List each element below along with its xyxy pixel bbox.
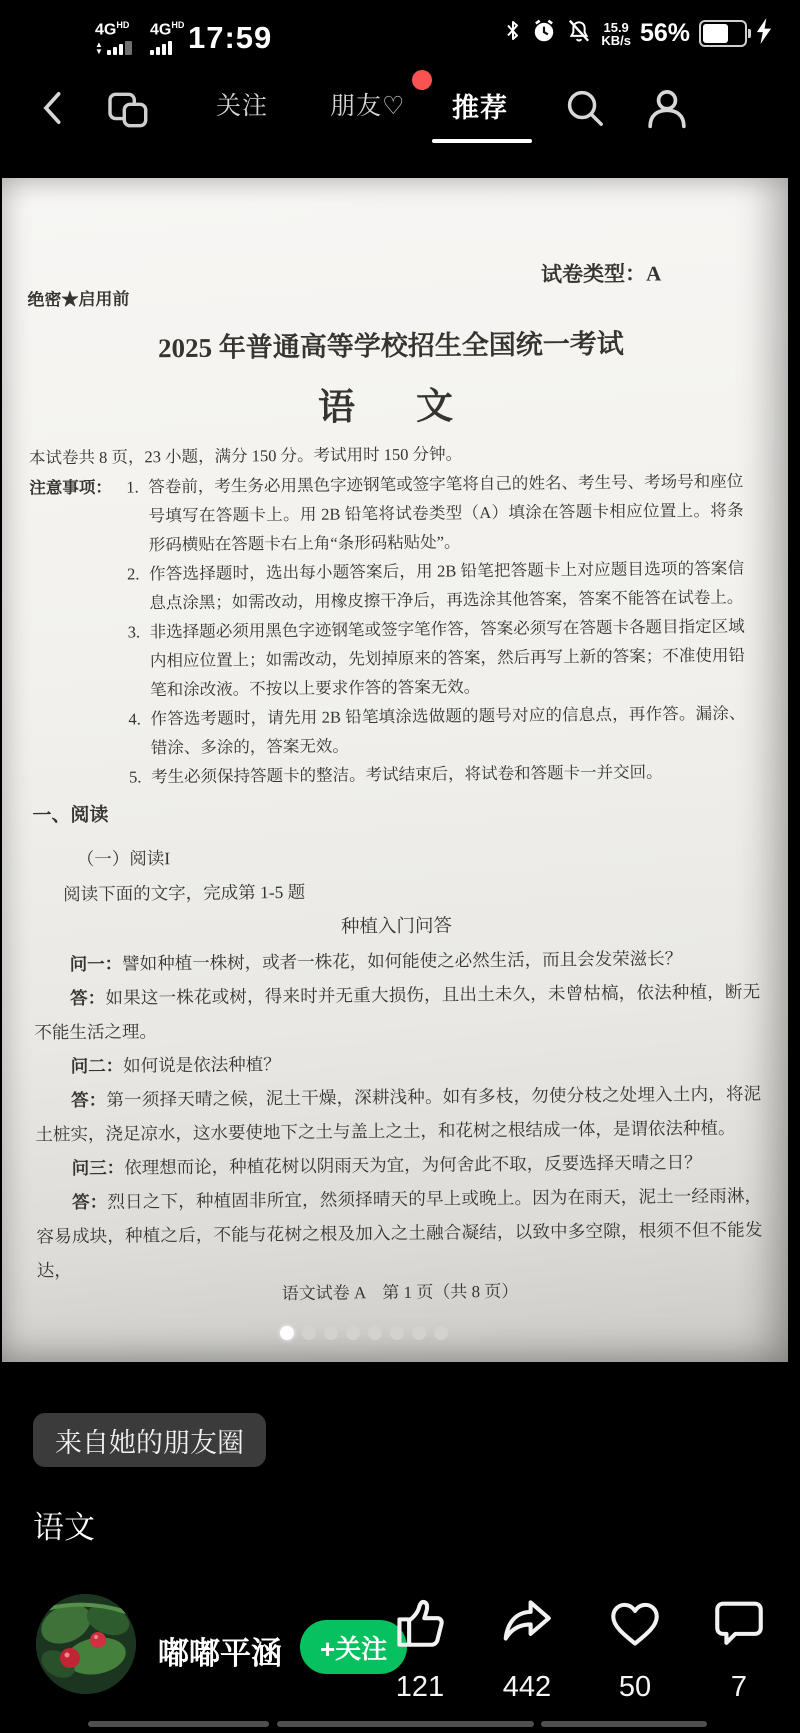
signal-sim1: 4GHD ▲▼ [95, 18, 132, 55]
carousel-page-indicator [280, 1326, 448, 1340]
paper-intro: 本试卷共 8 页，23 小题，满分 150 分。考试用时 150 分钟。 注意事… [29, 437, 746, 793]
share-button[interactable]: 442 [482, 1594, 572, 1704]
multi-window-button[interactable] [105, 90, 155, 135]
signal-bars-icon [150, 40, 172, 55]
notes-label: 注意事项： [29, 473, 127, 561]
comment-button[interactable]: 7 [694, 1594, 784, 1704]
tab-friends[interactable]: 朋友♡ [330, 86, 405, 122]
bluetooth-icon [504, 18, 522, 49]
source-tag[interactable]: 来自她的朋友圈 [33, 1413, 266, 1467]
profile-button[interactable] [644, 86, 690, 135]
paper-note: 注意事项： 1. 答卷前，考生务必用黑色字迹钢笔或签字笔将自己的姓名、考生号、考… [29, 467, 744, 561]
author-avatar[interactable] [36, 1594, 136, 1694]
qa-paragraph: 答：如果这一株花或树，得来时并无重大损伤，且出土未久，未曾枯槁，依法种植，断无不… [34, 975, 761, 1050]
signal-sim2: 4GHD [150, 18, 184, 55]
paper-reading-section: 一、阅读 （一）阅读I 阅读下面的文字，完成第 1-5 题 种植入门问答 问一：… [32, 793, 763, 1288]
top-nav-bar: 关注 朋友♡ 推荐 [0, 70, 800, 165]
heart-icon [606, 1594, 664, 1657]
comment-bubble-icon [710, 1594, 768, 1657]
reading-instruction: 阅读下面的文字，完成第 1-5 题 [33, 871, 759, 912]
paper-type-label: 试卷类型：A [541, 257, 661, 288]
clock-time: 17:59 [188, 20, 272, 56]
paper-exam-title: 2025 年普通高等学校招生全国统一考试 [0, 320, 784, 367]
qa-paragraph: 答：烈日之下，种植固非所宜，然须择晴天的早上或晚上。因为在雨天，泥土一经雨淋，容… [36, 1178, 763, 1287]
passage-body: 问一：譬如种植一株树，或者一株花，如何能使之必然生活，而且会发荣滋长？ 答：如果… [34, 941, 763, 1288]
active-tab-underline [432, 139, 532, 143]
author-name[interactable]: 嘟嘟平涵 [158, 1628, 282, 1673]
paper-classified-label: 绝密★启用前 [27, 285, 129, 311]
post-title: 语文 [33, 1502, 95, 1547]
paper-note: 5. 考生必须保持答题卡的整洁。考试结束后，将试卷和答题卡一并交回。 [129, 757, 746, 792]
section-title: 一、阅读 [32, 793, 758, 834]
paper-note: 4. 作答选考题时，请先用 2B 铅笔填涂选做题的题号对应的信息点，再作答。漏涂… [128, 699, 746, 763]
search-button[interactable] [563, 86, 607, 135]
like-button[interactable]: 121 [375, 1594, 465, 1704]
signal-bars-icon: ▲▼ [95, 40, 132, 55]
friends-unread-badge [412, 70, 432, 90]
app-screen: 4GHD ▲▼ 4GHD 17:59 [0, 0, 800, 1733]
status-bar: 4GHD ▲▼ 4GHD 17:59 [0, 0, 800, 70]
paper-note: 3. 非选择题必须用黑色字迹钢笔或签字笔作答，答案必须写在答题卡各题目指定区域内… [128, 612, 746, 705]
video-progress-segment[interactable] [541, 1721, 707, 1727]
comment-count: 7 [731, 1671, 747, 1704]
thumbs-up-icon [391, 1594, 449, 1657]
like-count: 121 [396, 1671, 444, 1704]
tab-follow[interactable]: 关注 [216, 86, 268, 122]
mute-icon [566, 18, 592, 49]
video-progress-segment[interactable] [277, 1721, 534, 1727]
network-speed: 15.9 KB/s [601, 21, 631, 47]
battery-icon [699, 20, 747, 47]
battery-percent: 56% [640, 19, 690, 48]
share-count: 442 [503, 1671, 551, 1704]
favorite-count: 50 [619, 1671, 651, 1704]
charging-bolt-icon [756, 18, 772, 49]
photo-carousel[interactable]: 绝密★启用前 试卷类型：A 2025 年普通高等学校招生全国统一考试 语 文 本… [2, 178, 788, 1362]
back-button[interactable] [36, 88, 70, 133]
alarm-icon [531, 18, 557, 49]
tab-recommend[interactable]: 推荐 [452, 86, 508, 125]
share-arrow-icon [498, 1594, 556, 1657]
exam-paper: 绝密★启用前 试卷类型：A 2025 年普通高等学校招生全国统一考试 语 文 本… [0, 174, 794, 1365]
favorite-button[interactable]: 50 [590, 1594, 680, 1704]
video-progress-segment[interactable] [88, 1721, 269, 1727]
paper-note: 2. 作答选择题时，选出每小题答案后，用 2B 铅笔把答题卡上对应题目选项的答案… [127, 554, 745, 618]
qa-paragraph: 答：第一须择天晴之候，泥土干燥，深耕浅种。如有多枝，勿使分枝之处埋入土内，将泥土… [35, 1077, 762, 1152]
paper-subject: 语 文 [0, 372, 785, 434]
subsection-title: （一）阅读I [33, 836, 759, 877]
